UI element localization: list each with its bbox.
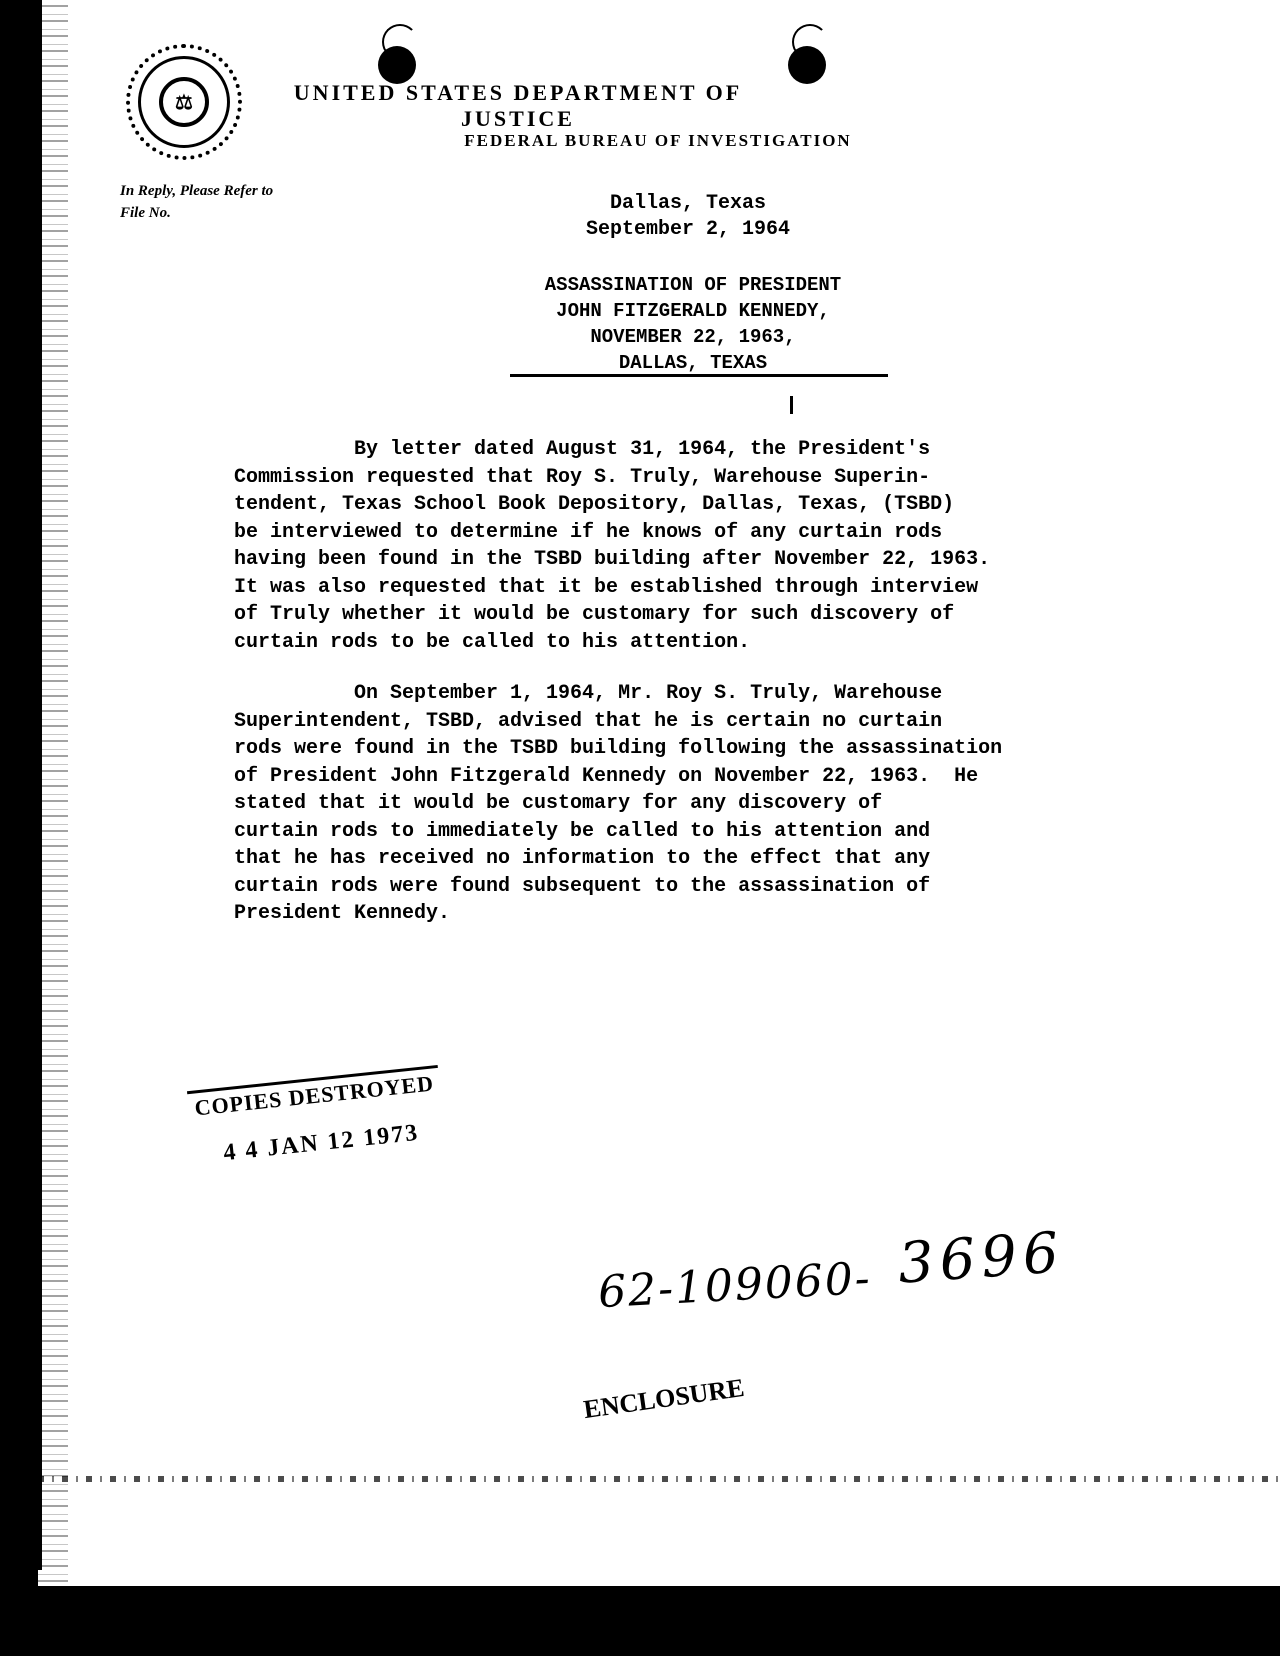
case-caption: ASSASSINATION OF PRESIDENT JOHN FITZGERA…: [468, 272, 918, 376]
handwritten-serial: 3696: [896, 1220, 1067, 1296]
handwritten-mark: [790, 396, 793, 414]
scan-border: [38, 0, 42, 1570]
agency-heading: UNITED STATES DEPARTMENT OF JUSTICE: [238, 80, 798, 132]
caption-line: NOVEMBER 22, 1963,: [468, 324, 918, 350]
body-paragraph-2: On September 1, 1964, Mr. Roy S. Truly, …: [234, 680, 1234, 928]
caption-line: JOHN FITZGERALD KENNEDY,: [468, 298, 918, 324]
bureau-heading: FEDERAL BUREAU OF INVESTIGATION: [408, 131, 908, 151]
caption-underline: [510, 374, 888, 377]
caption-line: ASSASSINATION OF PRESIDENT: [468, 272, 918, 298]
file-no-label: File No.: [120, 202, 273, 224]
copies-destroyed-stamp: COPIES DESTROYED: [187, 1065, 441, 1124]
reply-reference: In Reply, Please Refer to File No.: [120, 180, 273, 224]
scan-edge-noise: [38, 0, 68, 1586]
reply-line: In Reply, Please Refer to: [120, 180, 273, 202]
punch-hole-icon: [788, 46, 826, 84]
handwritten-file-number: 62-109060-: [597, 1253, 873, 1318]
caption-line: DALLAS, TEXAS: [468, 350, 918, 376]
stamp-date: 4 4 JAN 12 1973: [222, 1120, 420, 1167]
document-page: ⚖ UNITED STATES DEPARTMENT OF JUSTICE FE…: [38, 0, 1280, 1586]
fbi-seal-icon: ⚖: [126, 44, 242, 160]
punch-hole-icon: [378, 46, 416, 84]
body-paragraph-1: By letter dated August 31, 1964, the Pre…: [234, 436, 1234, 656]
dateline-place: Dallas, Texas: [478, 190, 898, 218]
dateline-date: September 2, 1964: [478, 216, 898, 244]
enclosure-stamp: ENCLOSURE: [582, 1373, 746, 1425]
scan-bottom-noise: [38, 1476, 1280, 1482]
